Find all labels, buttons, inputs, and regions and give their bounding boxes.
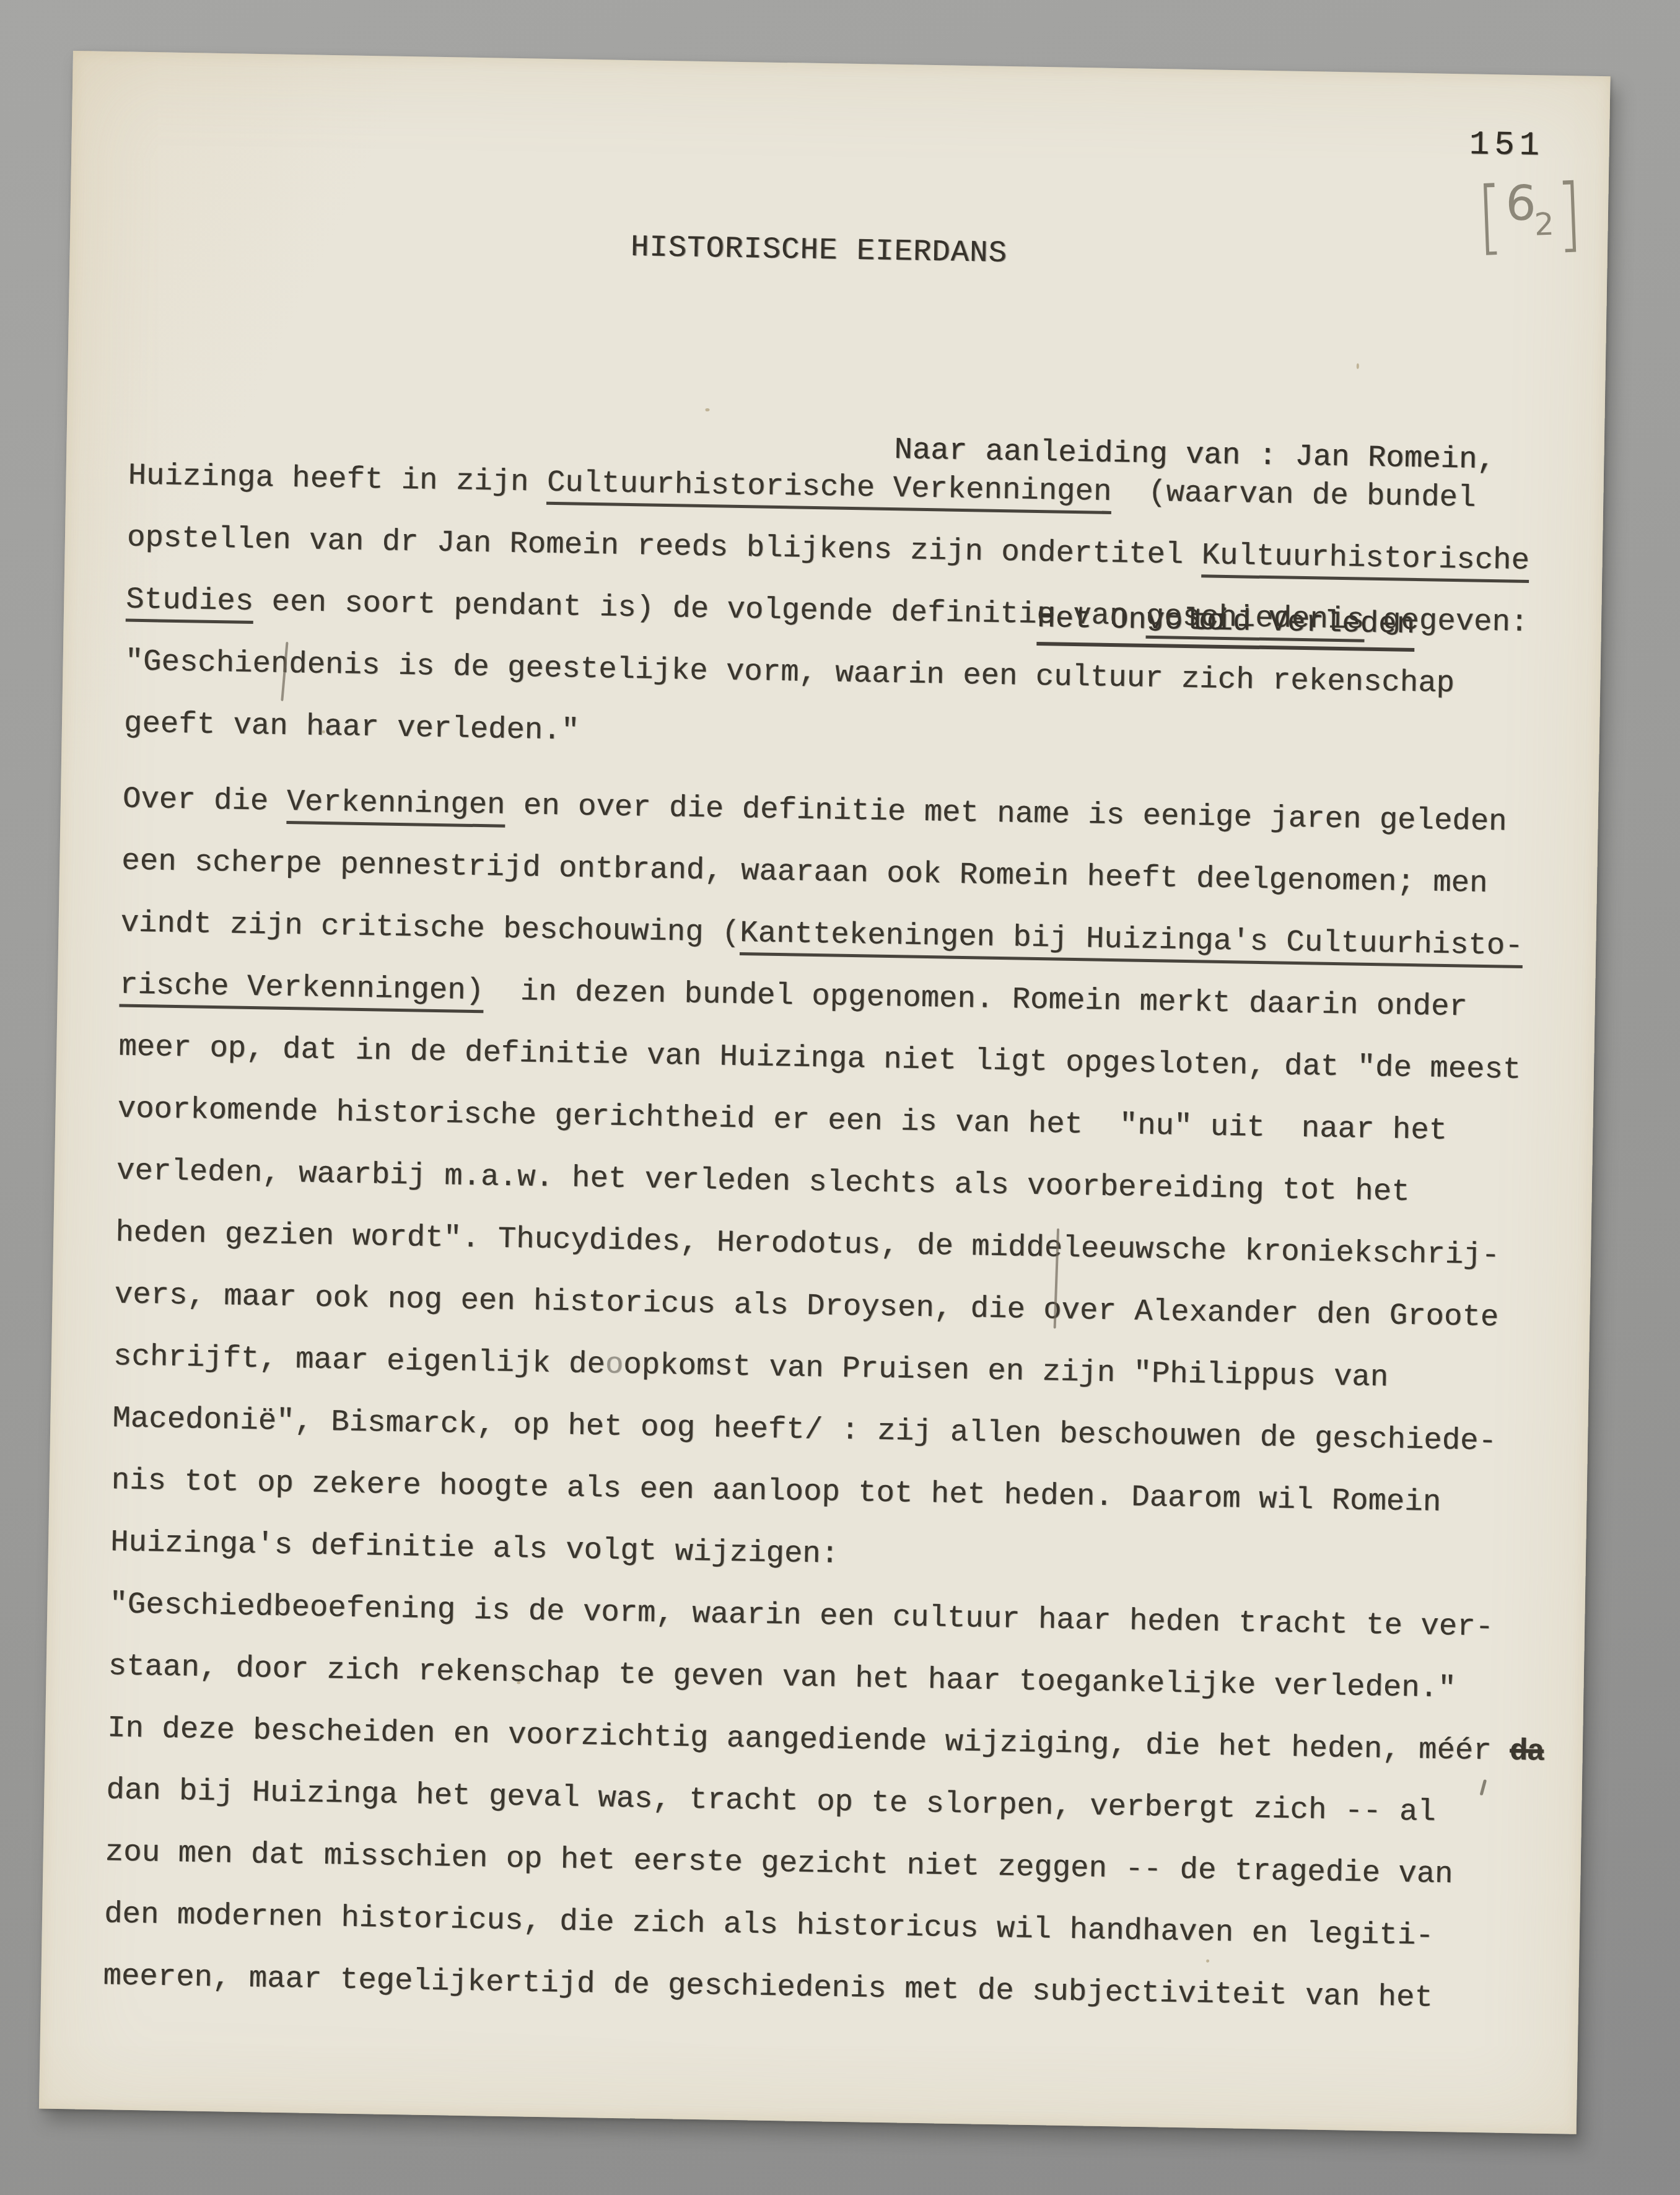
text-segment: Verkenningen <box>286 784 505 828</box>
text-segment: voorkomende historische gerichtheid er e… <box>117 1091 1447 1148</box>
text-segment: opkomst van Pruisen en zijn "Philippus v… <box>623 1347 1389 1395</box>
text-segment: schrijft, maar eigenlijk de <box>113 1339 606 1382</box>
text-segment: vindt zijn critische beschouwing ( <box>120 905 740 950</box>
pencil-bracket-close: ] <box>1555 166 1583 261</box>
text-segment: Macedonië", Bismarck, op het oog heeft/ … <box>112 1401 1497 1458</box>
page-number: 151 <box>1469 126 1544 165</box>
pencil-number-sub: 2 <box>1534 206 1555 243</box>
text-segment: zou men dat misschien op het eerste gezi… <box>105 1834 1453 1891</box>
archive-number-pencil: [62] <box>1472 166 1586 264</box>
text-segment: dan bij Huizinga het geval was, tracht o… <box>106 1772 1436 1829</box>
text-segment: den modernen historicus, die zich als hi… <box>104 1896 1434 1953</box>
text-segment: en over die definitie met name is eenige… <box>505 788 1507 839</box>
text-segment: vers, maar ook nog een historicus als Dr… <box>114 1277 1498 1334</box>
typed-body-text: Huizinga heeft in zijn Cultuurhistorisch… <box>103 445 1578 2031</box>
pencil-bracket-open: [ <box>1476 169 1504 264</box>
text-segment: "Geschiendenis is de geestelijke vorm, w… <box>125 644 1455 701</box>
text-segment: nis tot op zekere hoogte als een aanloop… <box>111 1463 1441 1520</box>
paper-speck <box>705 408 709 411</box>
typescript-page: 151 [62] HISTORISCHE EIERDANS Naar aanle… <box>39 51 1611 2134</box>
text-segment: Kultuurhistorische <box>1201 538 1529 583</box>
text-segment: Kanttekeningen bij Huizinga's Cultuurhis… <box>740 916 1523 968</box>
text-segment: (waarvan de bundel <box>1111 475 1476 515</box>
text-segment: In deze bescheiden en voorzichtig aanged… <box>107 1711 1510 1769</box>
text-segment: da <box>1510 1734 1544 1769</box>
text-segment: gegeven: <box>1364 603 1529 640</box>
text-segment: een soort pendant is) de volgende defini… <box>253 584 1147 634</box>
text-segment: geeft van haar verleden." <box>124 706 580 748</box>
text-segment: Huizinga's definitie als volgt wijzigen: <box>110 1525 839 1571</box>
text-segment: opstellen van dr Jan Romein reeds blijke… <box>127 520 1202 573</box>
text-segment: "Geschiedbeoefening is de vorm, waarin e… <box>109 1587 1494 1644</box>
text-segment: verleden, waarbij m.a.w. het verleden sl… <box>116 1153 1410 1209</box>
document-title: HISTORISCHE EIERDANS <box>630 229 1007 272</box>
text-segment: in dezen bundel opgenomen. Romein merkt … <box>484 973 1468 1024</box>
text-segment: heden gezien wordt". Thucydides, Herodot… <box>115 1215 1500 1273</box>
text-segment: geschiedenis <box>1145 599 1365 642</box>
text-segment: een scherpe pennestrijd ontbrand, waaraa… <box>121 843 1488 901</box>
text-segment: Studies <box>126 582 254 624</box>
text-segment: Huizinga heeft in zijn <box>128 458 547 500</box>
pencil-number-main: 6 <box>1504 175 1537 232</box>
text-segment: Cultuurhistorische Verkenningen <box>546 465 1111 514</box>
text-segment: meeren, maar tegelijkertijd de geschiede… <box>103 1958 1433 2015</box>
text-segment: o <box>605 1347 623 1382</box>
photo-background: 151 [62] HISTORISCHE EIERDANS Naar aanle… <box>0 0 1680 2195</box>
text-segment: rische Verkenningen) <box>119 967 484 1013</box>
text-segment: Over die <box>123 781 287 818</box>
text-segment: staan, door zich rekenschap te geven van… <box>108 1649 1456 1706</box>
text-segment: meer op, dat in de definitie van Huizing… <box>118 1029 1521 1087</box>
